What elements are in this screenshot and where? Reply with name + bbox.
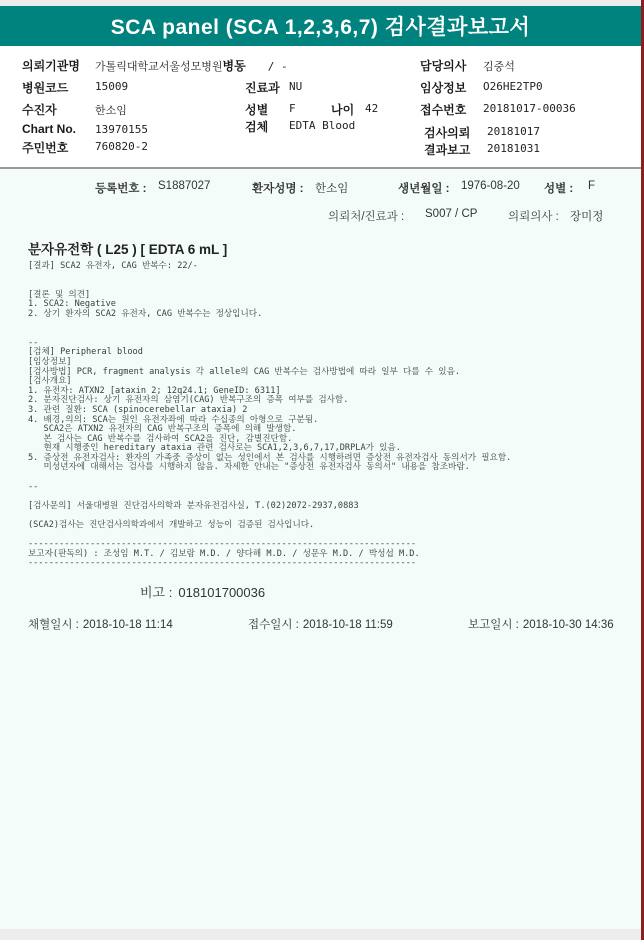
received-value: 2018-10-18 11:59 <box>303 619 393 631</box>
sex-summary-label: 성별 : <box>544 180 573 196</box>
collected-label: 채혈일시 : <box>28 616 79 632</box>
age-value: 42 <box>365 102 378 115</box>
remark-value: 018101700036 <box>178 585 265 600</box>
reported-value: 2018-10-30 14:36 <box>523 619 614 631</box>
hospital-code-value: 15009 <box>95 80 128 93</box>
accession-value: 20181017-00036 <box>483 102 576 115</box>
sex-value: F <box>289 102 296 115</box>
clinical-value: O26HE2TP0 <box>483 80 543 93</box>
org-row: 가톨릭대학교서울성모병원 병동 / - <box>95 57 288 74</box>
report-header-banner: SCA panel (SCA 1,2,3,6,7) 검사결과보고서 <box>0 6 641 46</box>
rrn-label: 주민번호 <box>22 139 68 156</box>
test-section-title: 분자유전학 ( L25 ) [ EDTA 6 mL ] <box>28 238 227 258</box>
doctor-label: 담당의사 <box>420 57 466 74</box>
received-label: 접수일시 : <box>248 616 299 632</box>
chart-no-value: 13970155 <box>95 123 148 136</box>
sex-label: 성별 <box>245 101 268 118</box>
collected-datetime-row: 채혈일시 : 2018-10-18 11:14 <box>28 616 173 632</box>
clinical-label: 임상정보 <box>420 79 466 96</box>
hospital-code-label: 병원코드 <box>22 79 68 96</box>
collected-value: 2018-10-18 11:14 <box>83 619 173 631</box>
patient-label: 수진자 <box>22 101 57 118</box>
remark-row: 비고 : 018101700036 <box>140 582 265 601</box>
org-value: 가톨릭대학교서울성모병원 <box>95 58 223 74</box>
age-label: 나이 <box>331 101 354 118</box>
birth-label: 생년월일 : <box>398 180 449 196</box>
doctor-value: 김중석 <box>483 58 515 74</box>
report-date-label: 결과보고 <box>424 141 470 158</box>
bottom-margin-strip <box>0 929 644 940</box>
name-label: 환자성명 : <box>252 180 303 196</box>
received-datetime-row: 접수일시 : 2018-10-18 11:59 <box>248 616 393 632</box>
page-title: SCA panel (SCA 1,2,3,6,7) 검사결과보고서 <box>111 11 531 41</box>
accession-label: 접수번호 <box>420 101 466 118</box>
chart-no-label: Chart No. <box>22 122 76 136</box>
report-date-value: 20181031 <box>487 142 540 155</box>
reg-no-value: S1887027 <box>158 180 210 192</box>
specimen-label: 검체 <box>245 118 268 135</box>
ward-value: / - <box>268 60 288 73</box>
rrn-value: 760820-2 <box>95 140 148 153</box>
ref-doctor-value: 장미정 <box>570 208 603 224</box>
name-value: 한소임 <box>315 180 348 196</box>
birth-value: 1976-08-20 <box>461 180 520 192</box>
sex-summary-value: F <box>588 180 595 192</box>
ref-doctor-label: 의뢰의사 : <box>508 208 559 224</box>
dept-label: 진료과 <box>245 79 280 96</box>
reported-label: 보고일시 : <box>468 616 519 632</box>
remark-label: 비고 : <box>140 582 172 601</box>
request-date-value: 20181017 <box>487 125 540 138</box>
reported-datetime-row: 보고일시 : 2018-10-30 14:36 <box>468 616 614 632</box>
dept-value: NU <box>289 80 302 93</box>
request-date-label: 검사의뢰 <box>424 124 470 141</box>
report-body-text: [결과] SCA2 유전자, CAG 반복수: 22/- [결론 및 의견] 1… <box>28 262 628 569</box>
org-label: 의뢰기관명 <box>22 57 80 74</box>
patient-value: 한소임 <box>95 102 127 118</box>
report-page: SCA panel (SCA 1,2,3,6,7) 검사결과보고서 의뢰기관명 … <box>0 0 644 940</box>
ref-dept-label: 의뢰처/진료과 : <box>328 208 404 224</box>
reg-no-label: 등록번호 : <box>95 180 146 196</box>
ward-label: 병동 <box>223 57 246 74</box>
ref-dept-value: S007 / CP <box>425 208 477 220</box>
specimen-value: EDTA Blood <box>289 119 355 132</box>
